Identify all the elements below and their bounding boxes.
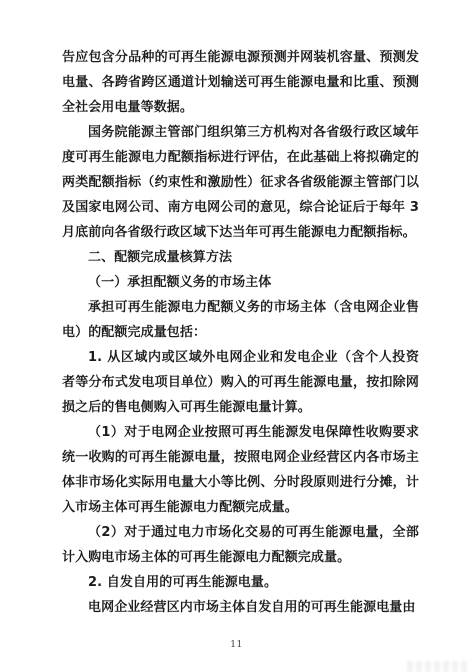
list-item-1: 1. 从区域内或区域外电网企业和发电企业（含个人投资者等分布式发电项目单位）购入… (62, 345, 419, 420)
document-page: 告应包含分品种的可再生能源电源预测并网装机容量、预测发电量、各跨省跨区通道计划输… (0, 0, 473, 672)
list-item-1-2: （2）对于通过电力市场化交易的可再生能源电量，全部计入购电市场主体的可再生能源电… (62, 520, 419, 570)
list-item-1-1: （1）对于电网企业按照可再生能源发电保障性收购要求统一收购的可再生能源电量，按照… (62, 420, 419, 520)
paragraph: 承担可再生能源电力配额义务的市场主体（含电网企业售电）的配额完成量包括： (62, 295, 419, 345)
document-body: 告应包含分品种的可再生能源电源预测并网装机容量、预测发电量、各跨省跨区通道计划输… (62, 45, 419, 620)
page-number: 11 (0, 640, 473, 650)
paragraph: 国务院能源主管部门组织第三方机构对各省级行政区域年度可再生能源电力配额指标进行评… (62, 120, 419, 245)
paragraph-continuation: 告应包含分品种的可再生能源电源预测并网装机容量、预测发电量、各跨省跨区通道计划输… (62, 45, 419, 120)
scan-artifact (407, 661, 469, 672)
list-item-2: 2. 自发自用的可再生能源电量。 (62, 570, 419, 595)
subsection-heading: （一）承担配额义务的市场主体 (62, 270, 419, 295)
section-heading: 二、配额完成量核算方法 (62, 245, 419, 270)
paragraph: 电网企业经营区内市场主体自发自用的可再生能源电量由 (62, 595, 419, 620)
